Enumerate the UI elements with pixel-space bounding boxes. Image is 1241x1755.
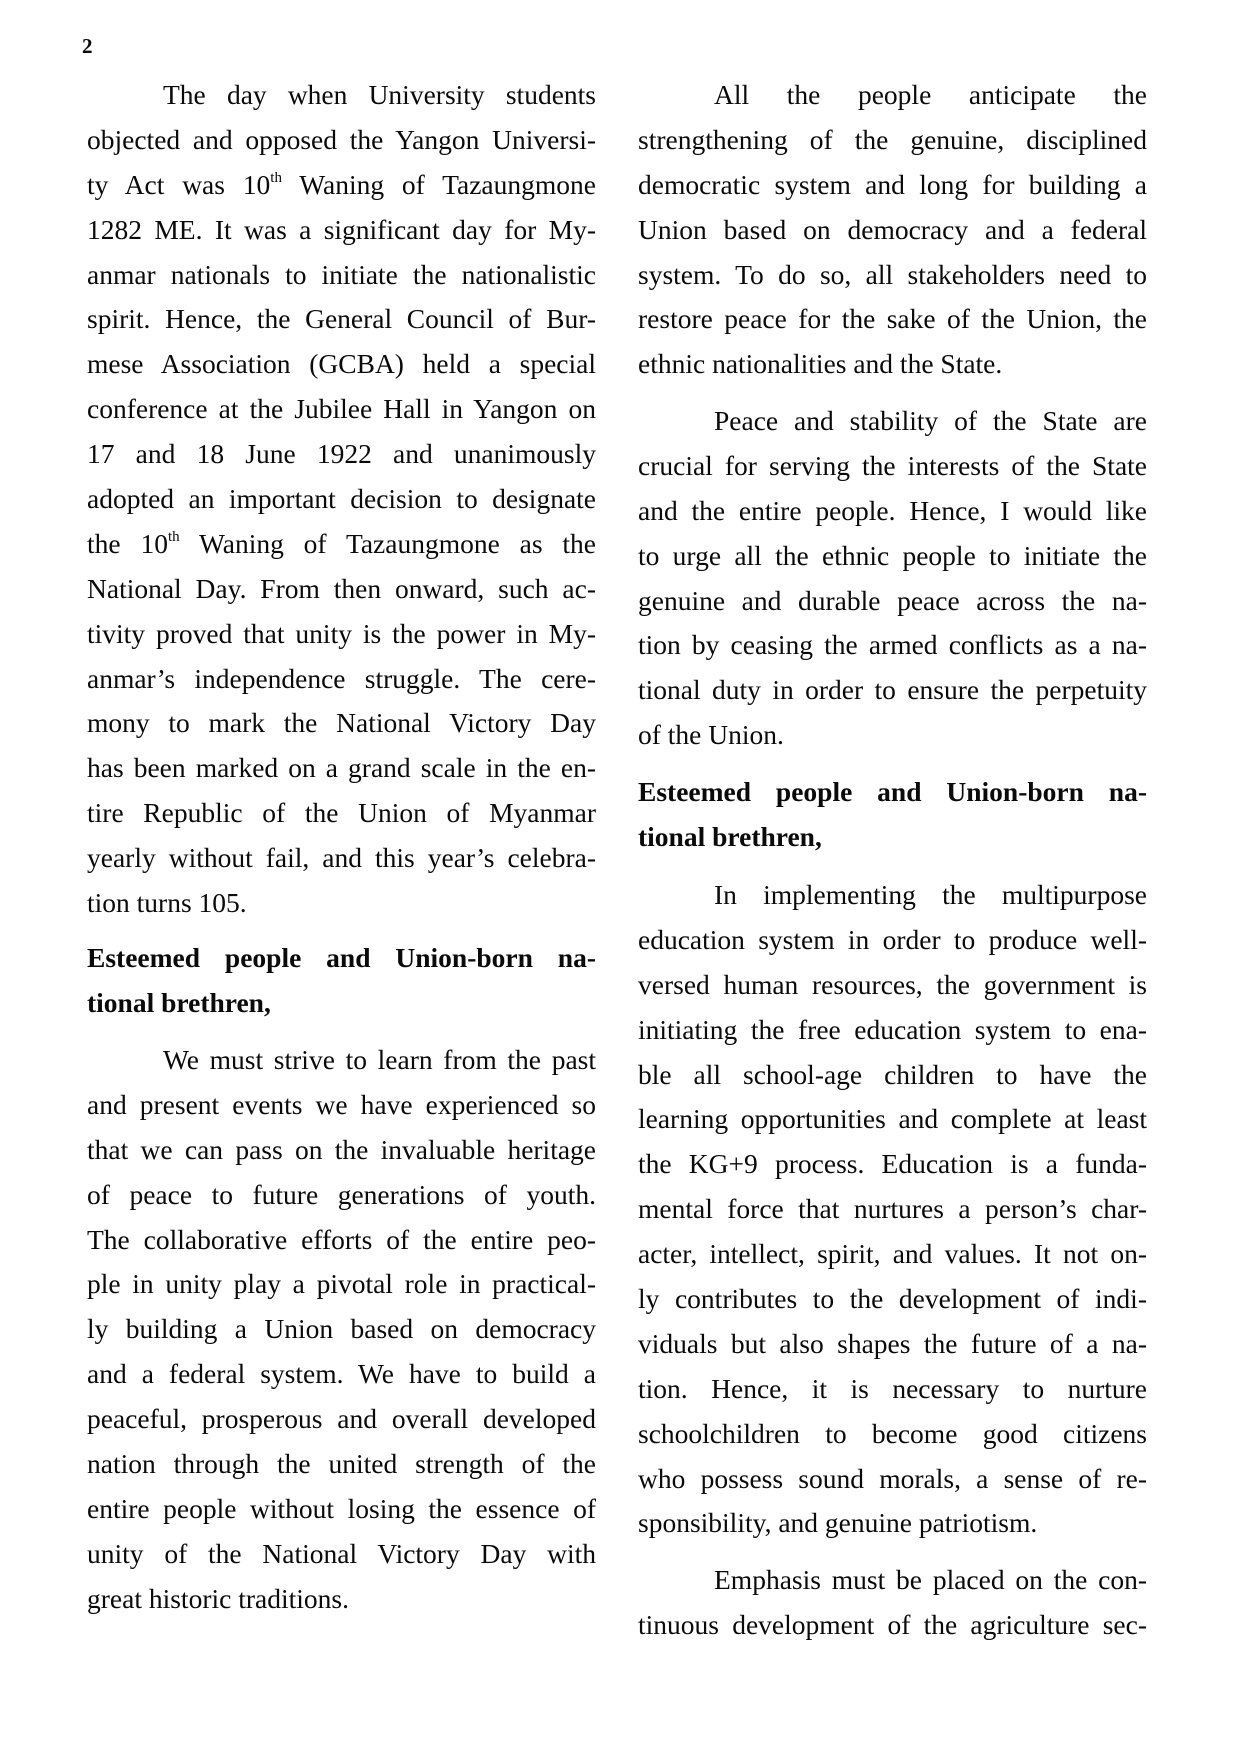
text-fragment: ty Act was 10 [87, 169, 270, 200]
text-line: and a federal system. We have to build a [87, 1352, 596, 1397]
text-line: objected and opposed the Yangon Universi… [87, 118, 596, 163]
text-line: sponsibility, and genuine patriotism. [638, 1501, 1147, 1546]
text-line: and present events we have experienced s… [87, 1083, 596, 1128]
text-line: anmar nationals to initiate the national… [87, 253, 596, 298]
text-line: nation through the united strength of th… [87, 1442, 596, 1487]
text-line: great historic traditions. [87, 1577, 596, 1622]
left-paragraph-2: We must strive to learn from the past an… [87, 1038, 596, 1622]
text-line: democratic system and long for building … [638, 163, 1147, 208]
text-fragment: Waning of Tazaungmone as the [180, 528, 596, 559]
text-line: schoolchildren to become good citizens [638, 1412, 1147, 1457]
text-line: tion by ceasing the armed conflicts as a… [638, 623, 1147, 668]
text-line: In implementing the multipurpose [638, 873, 1147, 918]
text-line: ly contributes to the development of ind… [638, 1277, 1147, 1322]
text-line: tion turns 105. [87, 881, 596, 926]
text-line: tivity proved that unity is the power in… [87, 612, 596, 657]
text-line: We must strive to learn from the past [87, 1038, 596, 1083]
heading-line: tional brethren, [87, 981, 596, 1026]
text-line: and the entire people. Hence, I would li… [638, 489, 1147, 534]
text-line: ble all school-age children to have the [638, 1053, 1147, 1098]
text-line: ethnic nationalities and the State. [638, 342, 1147, 387]
text-line: 1282 ME. It was a significant day for My… [87, 208, 596, 253]
text-fragment: the 10 [87, 528, 168, 559]
text-line: Union based on democracy and a federal [638, 208, 1147, 253]
text-line: ly building a Union based on democracy [87, 1307, 596, 1352]
text-line: anmar’s independence struggle. The cere- [87, 657, 596, 702]
document-page: 2 The day when University students objec… [0, 0, 1241, 1755]
text-line: the KG+9 process. Education is a funda- [638, 1142, 1147, 1187]
text-line-superscript: the 10th Waning of Tazaungmone as the [87, 522, 596, 567]
text-line: of the Union. [638, 713, 1147, 758]
text-line: to urge all the ethnic people to initiat… [638, 534, 1147, 579]
text-line: initiating the free education system to … [638, 1008, 1147, 1053]
text-line: The collaborative efforts of the entire … [87, 1218, 596, 1263]
text-line: education system in order to produce wel… [638, 918, 1147, 963]
text-line: mese Association (GCBA) held a special [87, 342, 596, 387]
page-number: 2 [82, 34, 93, 58]
text-line: The day when University students [87, 73, 596, 118]
text-line: mony to mark the National Victory Day [87, 701, 596, 746]
text-line: spirit. Hence, the General Council of Bu… [87, 297, 596, 342]
left-heading-salutation: Esteemed people and Union-born na- tiona… [87, 936, 596, 1026]
text-line: tional duty in order to ensure the perpe… [638, 668, 1147, 713]
text-line: that we can pass on the invaluable herit… [87, 1128, 596, 1173]
ordinal-superscript: th [168, 529, 180, 545]
text-line: peaceful, prosperous and overall develop… [87, 1397, 596, 1442]
text-fragment: Waning of Tazaungmone [282, 169, 596, 200]
text-line: system. To do so, all stakeholders need … [638, 253, 1147, 298]
text-line: entire people without losing the essence… [87, 1487, 596, 1532]
text-line: tion. Hence, it is necessary to nurture [638, 1367, 1147, 1412]
right-heading-salutation: Esteemed people and Union-born na- tiona… [638, 770, 1147, 860]
text-line: National Day. From then onward, such ac- [87, 567, 596, 612]
text-line: strengthening of the genuine, discipline… [638, 118, 1147, 163]
right-paragraph-4: Emphasis must be placed on the con- tinu… [638, 1558, 1147, 1648]
left-paragraph-1: The day when University students objecte… [87, 73, 596, 926]
text-line: Emphasis must be placed on the con- [638, 1558, 1147, 1603]
text-line: crucial for serving the interests of the… [638, 444, 1147, 489]
heading-line: Esteemed people and Union-born na- [87, 936, 596, 981]
right-paragraph-2: Peace and stability of the State are cru… [638, 399, 1147, 758]
text-line: adopted an important decision to designa… [87, 477, 596, 522]
text-line: genuine and durable peace across the na- [638, 579, 1147, 624]
text-line: mental force that nurtures a person’s ch… [638, 1187, 1147, 1232]
text-line: of peace to future generations of youth. [87, 1173, 596, 1218]
text-line: who possess sound morals, a sense of re- [638, 1457, 1147, 1502]
text-line: has been marked on a grand scale in the … [87, 746, 596, 791]
text-line: acter, intellect, spirit, and values. It… [638, 1232, 1147, 1277]
ordinal-superscript: th [270, 170, 282, 186]
text-line: tire Republic of the Union of Myanmar [87, 791, 596, 836]
text-line: versed human resources, the government i… [638, 963, 1147, 1008]
text-line: All the people anticipate the [638, 73, 1147, 118]
text-line: yearly without fail, and this year’s cel… [87, 836, 596, 881]
text-line-superscript: ty Act was 10th Waning of Tazaungmone [87, 163, 596, 208]
text-line: viduals but also shapes the future of a … [638, 1322, 1147, 1367]
right-paragraph-3: In implementing the multipurpose educati… [638, 873, 1147, 1546]
heading-line: tional brethren, [638, 815, 1147, 860]
heading-line: Esteemed people and Union-born na- [638, 770, 1147, 815]
right-paragraph-1: All the people anticipate the strengthen… [638, 73, 1147, 387]
text-line: learning opportunities and complete at l… [638, 1097, 1147, 1142]
text-line: restore peace for the sake of the Union,… [638, 297, 1147, 342]
text-line: 17 and 18 June 1922 and unanimously [87, 432, 596, 477]
text-line: conference at the Jubilee Hall in Yangon… [87, 387, 596, 432]
text-line: tinuous development of the agriculture s… [638, 1603, 1147, 1648]
text-line: ple in unity play a pivotal role in prac… [87, 1262, 596, 1307]
text-line: unity of the National Victory Day with [87, 1532, 596, 1577]
text-line: Peace and stability of the State are [638, 399, 1147, 444]
